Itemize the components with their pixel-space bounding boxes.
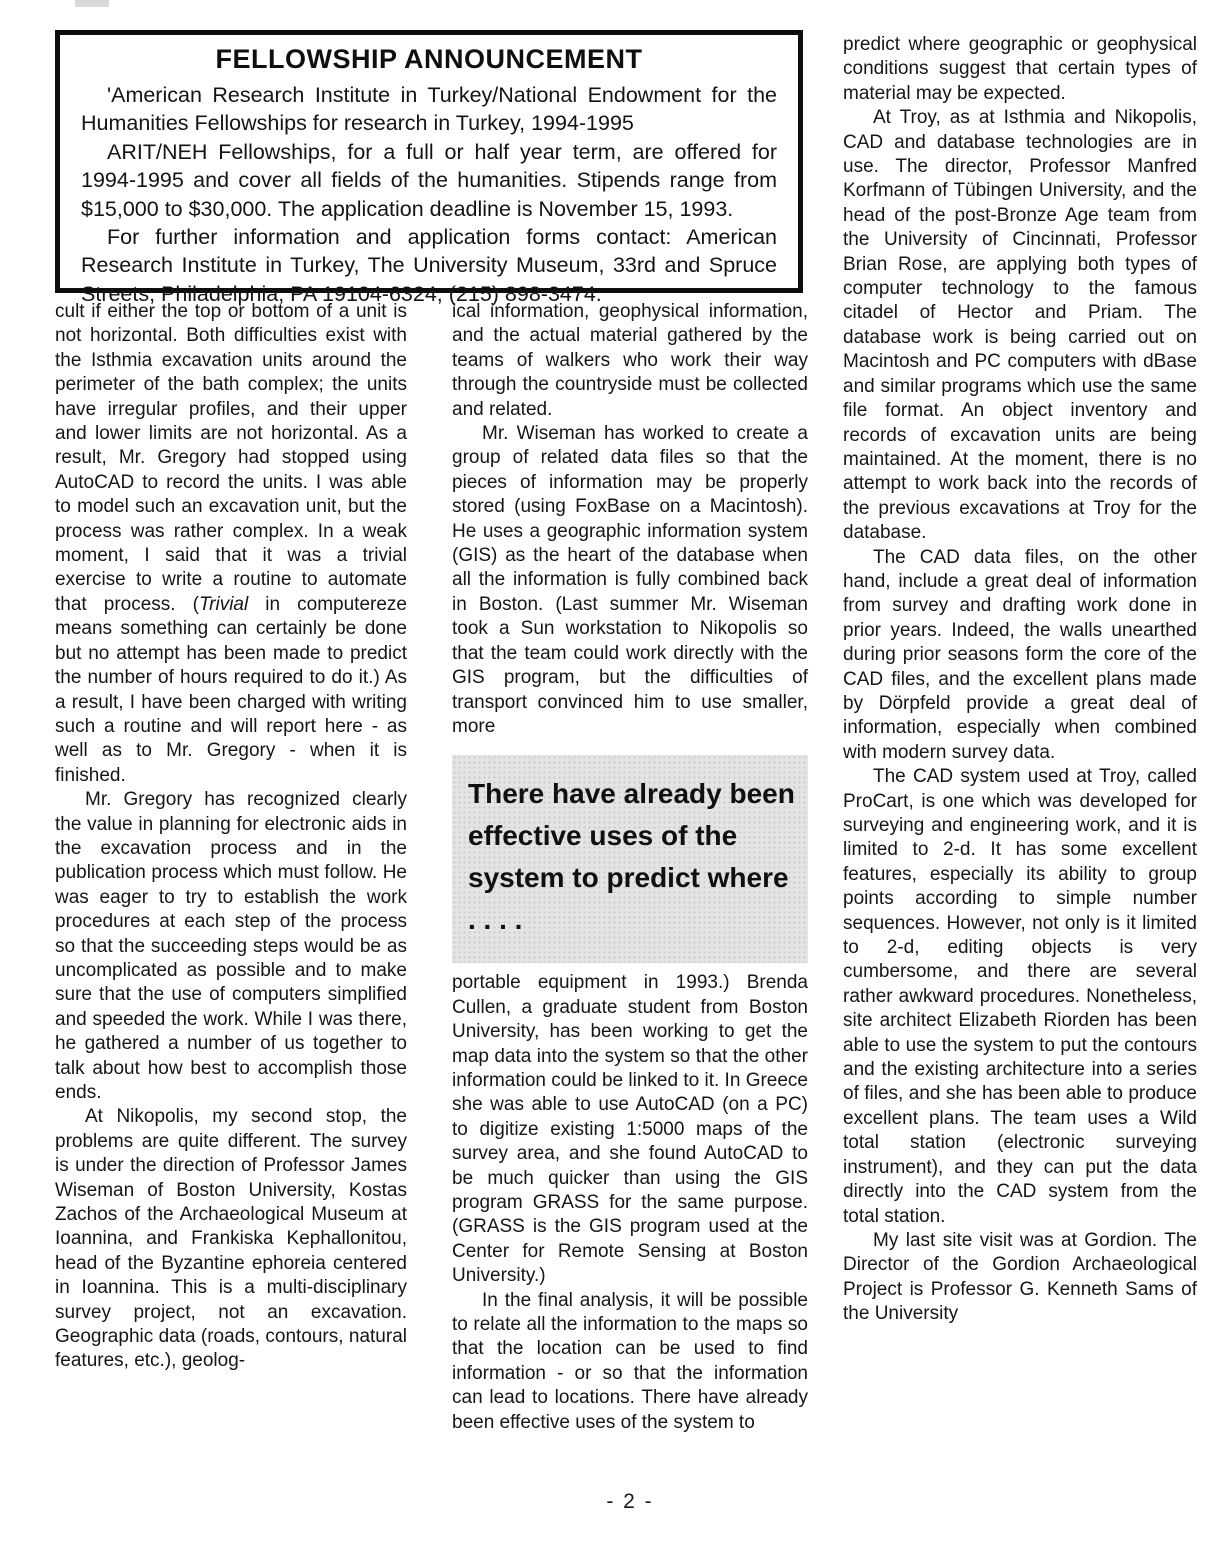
left-paragraph-1-text-before: cult if either the top or bottom of a un…	[55, 301, 407, 615]
announcement-paragraph-3: For further information and application …	[81, 223, 777, 308]
left-column-paragraph-3: At Nikopolis, my second stop, the proble…	[55, 1105, 407, 1373]
pull-quote: There have already been effective uses o…	[452, 755, 808, 963]
announcement-paragraph-2: ARIT/NEH Fellowships, for a full or half…	[81, 138, 777, 223]
middle-column-paragraph-1: ical information, geophysical informatio…	[452, 300, 808, 422]
scan-artifact-mark	[75, 0, 109, 7]
middle-column-paragraph-4: In the final analysis, it will be possib…	[452, 1289, 808, 1435]
left-column-paragraph-2: Mr. Gregory has recognized clearly the v…	[55, 788, 407, 1105]
left-paragraph-1-text-after: in computereze means something can certa…	[55, 594, 407, 786]
right-column-paragraph-4: The CAD system used at Troy, called ProC…	[843, 765, 1197, 1229]
right-column-paragraph-1: predict where geographic or geophysical …	[843, 33, 1197, 106]
left-column-paragraph-1: cult if either the top or bottom of a un…	[55, 300, 407, 788]
middle-column: ical information, geophysical informatio…	[452, 300, 808, 1435]
right-column-paragraph-2: At Troy, as at Isthmia and Nikopolis, CA…	[843, 106, 1197, 545]
left-paragraph-1-italic-word: Trivial	[199, 594, 248, 615]
middle-column-paragraph-2: Mr. Wiseman has worked to create a group…	[452, 422, 808, 739]
right-column-paragraph-5: My last site visit was at Gordion. The D…	[843, 1229, 1197, 1327]
announcement-paragraph-1: 'American Research Institute in Turkey/N…	[81, 81, 777, 138]
right-column: predict where geographic or geophysical …	[843, 33, 1197, 1327]
fellowship-announcement-box: FELLOWSHIP ANNOUNCEMENT 'American Resear…	[55, 30, 803, 293]
page-number: - 2 -	[452, 1490, 808, 1514]
announcement-title: FELLOWSHIP ANNOUNCEMENT	[81, 44, 777, 75]
middle-column-paragraph-3: portable equipment in 1993.) Brenda Cull…	[452, 971, 808, 1288]
newsletter-page: FELLOWSHIP ANNOUNCEMENT 'American Resear…	[0, 0, 1215, 1550]
right-column-paragraph-3: The CAD data files, on the other hand, i…	[843, 546, 1197, 766]
left-column: cult if either the top or bottom of a un…	[55, 300, 407, 1374]
